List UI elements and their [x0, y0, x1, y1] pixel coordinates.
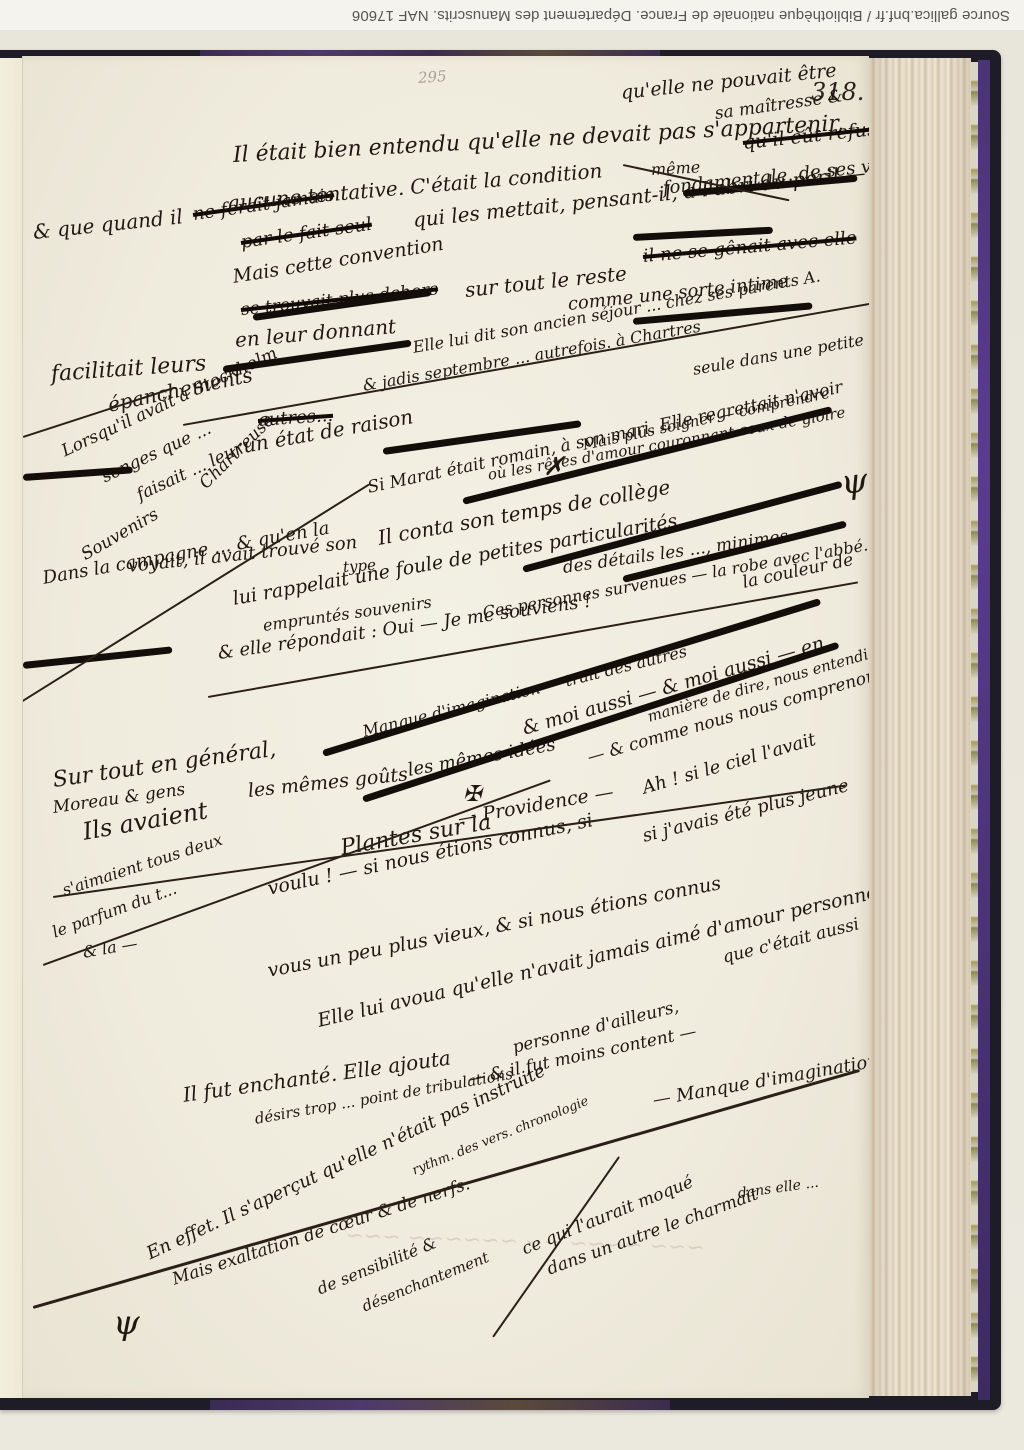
source-banner: Source gallica.bnf.fr / Bibliothèque nat…: [0, 0, 1024, 30]
cover-marbled-edge: [978, 60, 990, 1400]
handwritten-line: dans elle ...: [737, 1176, 819, 1201]
handwritten-line: — Manque d'imagination: [651, 1052, 869, 1109]
pencil-page-number: 295: [417, 67, 447, 87]
margin-mark: ψ: [113, 1306, 140, 1340]
margin-mark: ✗: [543, 454, 565, 480]
source-attribution: Source gallica.bnf.fr / Bibliothèque nat…: [0, 4, 1024, 26]
margin-mark: ✠: [463, 784, 481, 806]
handwritten-line: seule dans une petite chambre: [692, 319, 869, 378]
manuscript-page: ~~~ ~~~~ ~~ ~~~~~~ ~~~ 295 318. qu'elle …: [22, 56, 869, 1398]
handwritten-line: & que quand il: [32, 206, 184, 242]
insertion-line: [22, 484, 370, 708]
page-stack-shading: [862, 58, 970, 1396]
strike-bar: [23, 646, 173, 669]
margin-mark: ψ: [839, 463, 869, 500]
cover-marbled-strip-bottom: [210, 1400, 670, 1410]
handwritten-line: vous un peu plus vieux, & si nous étions…: [266, 874, 722, 981]
